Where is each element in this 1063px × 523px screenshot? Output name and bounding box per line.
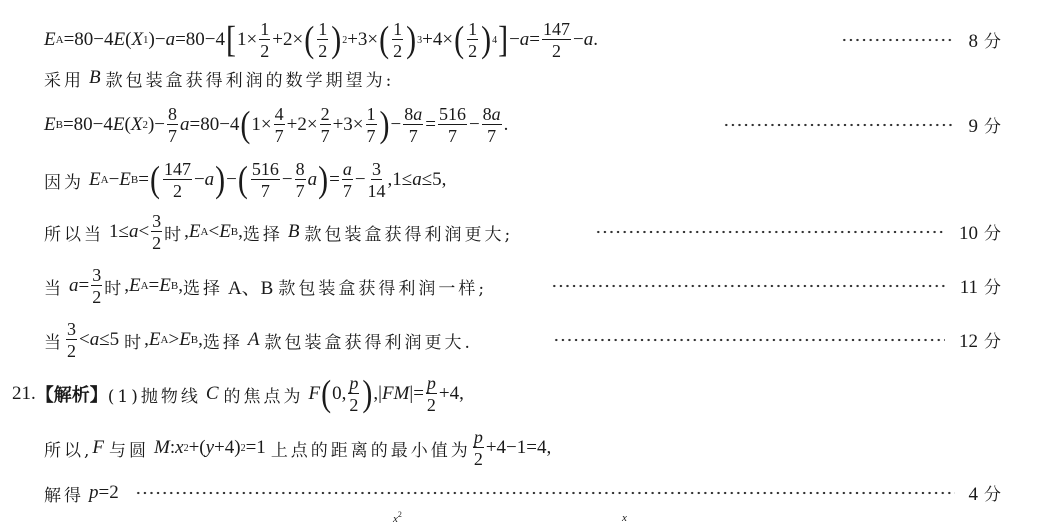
dot-leader bbox=[553, 338, 945, 342]
score-leader: 10分 bbox=[595, 219, 1001, 245]
analysis-tag: 【解析】 bbox=[36, 381, 108, 407]
question-number: 21. bbox=[12, 383, 36, 405]
case-1-text: 所以当1≤a<32时,EA<EB,选择B款包装盒获得利润更大; bbox=[44, 212, 513, 252]
dot-leader bbox=[723, 123, 955, 127]
dot-leader bbox=[595, 230, 945, 234]
line-q21-solve: 解得p=2 4分 bbox=[0, 473, 1063, 513]
line-ea-formula: EA=80−4E(X1)−a=80−4[1×12+2×(12)2+3×(12)3… bbox=[0, 20, 1063, 60]
dot-leader bbox=[135, 491, 955, 495]
ea-formula: EA=80−4E(X1)−a=80−4[1×12+2×(12)2+3×(12)3… bbox=[44, 20, 598, 60]
dot-leader bbox=[841, 38, 955, 42]
score-leader: 8分 bbox=[841, 27, 1002, 53]
q21-solve-text: 解得p=2 bbox=[44, 481, 119, 506]
score-label: 10分 bbox=[959, 219, 1001, 245]
line-case-2: 当a=32时,EA=EB,选择A、B款包装盒获得利润一样; 11分 bbox=[0, 266, 1063, 306]
line-q21-min-distance: 所以,F与圆M:x2+(y+4)2=1上点的距离的最小值为p2+4−1=4, bbox=[0, 428, 1063, 468]
score-leader: 9分 bbox=[723, 112, 1002, 138]
score-label: 9分 bbox=[969, 112, 1002, 138]
q21-min-distance-text: 所以,F与圆M:x2+(y+4)2=1上点的距离的最小值为p2+4−1=4, bbox=[44, 428, 551, 468]
score-leader: 12分 bbox=[553, 327, 1001, 353]
dot-leader bbox=[551, 284, 946, 288]
q21-focus-text: 21.【解析】(1)抛物线C的焦点为F(0,p2),|FM|=p2+4, bbox=[12, 374, 464, 414]
cutoff-next-line-2: x bbox=[622, 512, 627, 523]
score-label: 11分 bbox=[960, 273, 1001, 299]
difference-formula: 因为EA−EB=(1472−a)−(5167−87a)=a7−314,1≤a≤5… bbox=[44, 160, 446, 200]
line-case-1: 所以当1≤a<32时,EA<EB,选择B款包装盒获得利润更大; 10分 bbox=[0, 212, 1063, 252]
score-leader: 4分 bbox=[135, 480, 1002, 506]
eb-formula: EB=80−4E(X2)−87a=80−4(1×47+2×27+3×17)−8a… bbox=[44, 105, 508, 145]
line-difference: 因为EA−EB=(1472−a)−(5167−87a)=a7−314,1≤a≤5… bbox=[0, 160, 1063, 200]
score-label: 8分 bbox=[969, 27, 1002, 53]
line-q21-focus: 21.【解析】(1)抛物线C的焦点为F(0,p2),|FM|=p2+4, bbox=[0, 374, 1063, 414]
b-intro-text: 采用B款包装盒获得利润的数学期望为: bbox=[44, 66, 394, 91]
line-case-3: 当32<a≤5时,EA>EB,选择A款包装盒获得利润更大. 12分 bbox=[0, 320, 1063, 360]
score-label: 4分 bbox=[969, 480, 1002, 506]
case-2-text: 当a=32时,EA=EB,选择A、B款包装盒获得利润一样; bbox=[44, 266, 487, 306]
line-eb-formula: EB=80−4E(X2)−87a=80−4(1×47+2×27+3×17)−8a… bbox=[0, 105, 1063, 145]
score-leader: 11分 bbox=[551, 273, 1001, 299]
score-label: 12分 bbox=[959, 327, 1001, 353]
line-b-intro: 采用B款包装盒获得利润的数学期望为: bbox=[0, 58, 1063, 98]
case-3-text: 当32<a≤5时,EA>EB,选择A款包装盒获得利润更大. bbox=[44, 320, 473, 360]
cutoff-next-line: x2 bbox=[393, 510, 402, 523]
